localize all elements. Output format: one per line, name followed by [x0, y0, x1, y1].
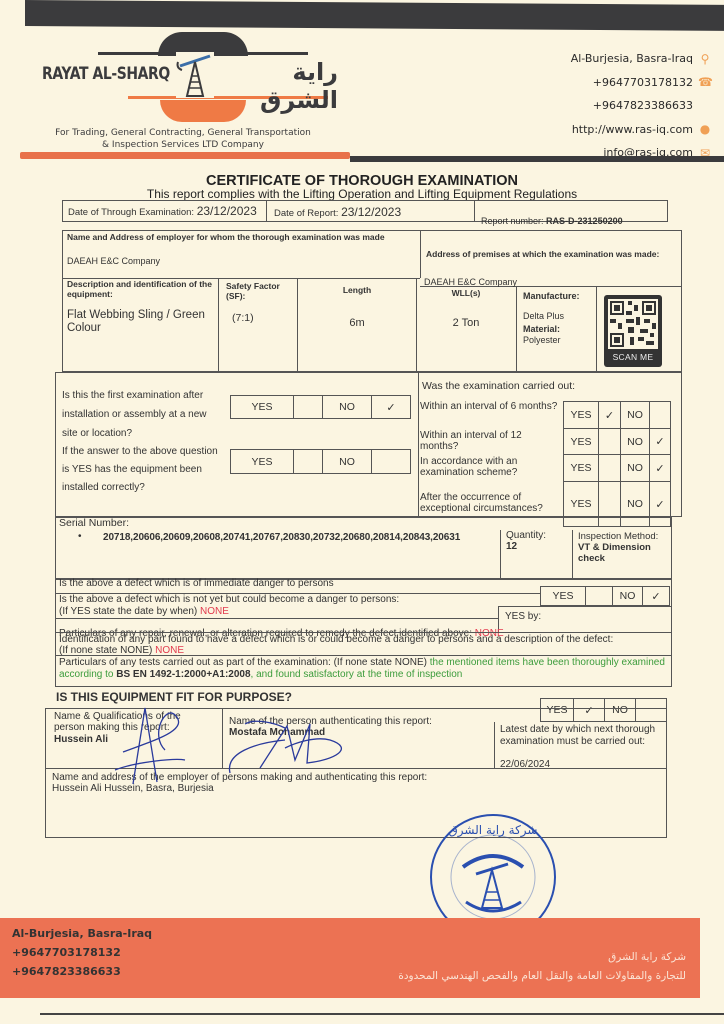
- exam-date-field: Date of Through Examination: 23/12/2023: [68, 206, 257, 218]
- divider: [55, 632, 672, 633]
- future-danger-note: (If YES state the date by when): [59, 606, 197, 617]
- divider: [418, 372, 419, 517]
- serial-numbers: 20718,20606,20609,20608,20741,20767,2083…: [103, 532, 460, 543]
- future-danger-answer: (If YES state the date by when) NONE: [59, 606, 229, 617]
- quantity-label: Quantity:: [506, 530, 546, 541]
- serial-label: Serial Number:: [59, 518, 129, 529]
- company-name-ar: راية الشرق: [224, 58, 338, 114]
- footer-bottom-line: [40, 1013, 724, 1015]
- length-label: Length: [297, 285, 417, 296]
- divider: [266, 200, 267, 222]
- interval-12-yes-checkbox[interactable]: [598, 428, 621, 455]
- future-danger-question: Is the above a defect which is not yet b…: [59, 594, 399, 605]
- employer-persons-label: Name and address of the employer of pers…: [52, 772, 427, 783]
- tests-result-1: the mentioned items have been thoroughly: [430, 657, 619, 668]
- installed-no-checkbox[interactable]: [371, 449, 411, 474]
- interval-6-question: Within an interval of 6 months?: [420, 401, 560, 412]
- divider: [474, 200, 475, 222]
- report-maker-label: Name & Qualifications of the person maki…: [54, 711, 204, 733]
- first-exam-yes-checkbox[interactable]: [293, 395, 323, 419]
- interval-12-yes-label: YES: [563, 428, 599, 455]
- premises-value: DAEAH E&C Company: [424, 277, 517, 288]
- interval-12-no-checkbox[interactable]: ✓: [649, 428, 671, 455]
- footer-address: Al-Burjesia, Basra-Iraq: [12, 924, 152, 943]
- report-number-label: Report number:: [481, 216, 544, 226]
- scheme-no-checkbox[interactable]: ✓: [649, 454, 671, 482]
- installed-yes-checkbox[interactable]: [293, 449, 323, 474]
- tagline-line-2: & Inspection Services LTD Company: [38, 139, 328, 151]
- contact-address-text: Al-Burjesia, Basra-Iraq: [571, 52, 693, 65]
- carried-out-label: Was the examination carried out:: [422, 381, 575, 392]
- manufacture-value: Delta Plus: [523, 311, 564, 322]
- footer-arabic-name: شركة راية الشرق للتجارة والمقاولات العام…: [398, 948, 686, 986]
- interval-12-no-label: NO: [620, 428, 650, 455]
- first-exam-yes-label: YES: [230, 395, 294, 419]
- employer-persons-value: Hussein Ali Hussein, Basra, Burjesia: [52, 783, 214, 794]
- installed-no-label: NO: [322, 449, 372, 474]
- divider: [516, 286, 517, 372]
- interval-6-yes-label: YES: [563, 401, 599, 429]
- scheme-yes-label: YES: [563, 454, 599, 482]
- safety-factor-value: (7:1): [232, 313, 254, 324]
- first-exam-no-checkbox[interactable]: ✓: [371, 395, 411, 419]
- employer-label: Name and Address of employer for whom th…: [67, 233, 407, 243]
- footer-contacts: Al-Burjesia, Basra-Iraq +9647703178132 +…: [12, 924, 152, 981]
- safety-factor-label: Safety Factor (SF):: [226, 282, 294, 301]
- divider: [55, 618, 498, 619]
- divider: [500, 530, 501, 579]
- footer-arabic-line-2: للتجارة والمقاولات العامة والنقل العام و…: [398, 967, 686, 986]
- certificate-subtitle: This report complies with the Lifting Op…: [0, 187, 724, 201]
- installed-yes-label: YES: [230, 449, 294, 474]
- future-danger-value: NONE: [200, 606, 229, 617]
- contact-phone-2: +9647823386633: [571, 94, 712, 118]
- tests-particulars: Particulars of any tests carried out as …: [59, 657, 669, 681]
- description-label: Description and identification of the eq…: [67, 280, 215, 299]
- company-tagline: For Trading, General Contracting, Genera…: [38, 127, 328, 151]
- qr-code-pattern: [608, 299, 658, 349]
- footer-arabic-line-1: شركة راية الشرق: [398, 948, 686, 967]
- length-value: 6m: [297, 318, 417, 329]
- divider: [596, 286, 597, 372]
- tests-result-3: , and found satisfactory at the time of …: [251, 669, 463, 680]
- tests-standard: BS EN 1492-1:2000+A1:2008: [116, 669, 250, 680]
- qr-code[interactable]: SCAN ME: [604, 295, 662, 367]
- manufacture-label: Manufacture:: [523, 291, 580, 302]
- header-orange-divider: [20, 152, 350, 159]
- exam-date-value: 23/12/2023: [197, 204, 257, 218]
- divider: [55, 655, 672, 656]
- contact-address: Al-Burjesia, Basra-Iraq ⚲: [571, 47, 712, 71]
- exceptional-question: After the occurrence of exceptional circ…: [420, 492, 560, 514]
- company-logo: RAYAT AL-SHARQ راية الشرق: [38, 30, 338, 120]
- interval-12-question: Within an interval of 12 months?: [420, 430, 560, 452]
- header-contacts: Al-Burjesia, Basra-Iraq ⚲ +9647703178132…: [571, 47, 712, 165]
- contact-website-link[interactable]: http://www.ras-iq.com: [572, 123, 693, 136]
- question-installed-correctly: If the answer to the above question is Y…: [62, 443, 222, 497]
- first-exam-no-label: NO: [322, 395, 372, 419]
- next-exam-label: Latest date by which next thorough exami…: [500, 724, 660, 748]
- material-label: Material:: [523, 324, 560, 335]
- contact-phone-2-text: +9647823386633: [593, 99, 693, 112]
- header-top-bar: [25, 0, 724, 31]
- exam-date-label: Date of Through Examination:: [68, 207, 194, 218]
- employer-value: DAEAH E&C Company: [67, 256, 160, 267]
- header-dark-divider: [350, 156, 724, 162]
- footer-phone-1: +9647703178132: [12, 943, 152, 962]
- divider: [218, 278, 219, 372]
- divider: [498, 606, 672, 607]
- qr-scan-label: SCAN ME: [608, 352, 658, 362]
- description-value: Flat Webbing Sling / Green Colour: [67, 309, 217, 335]
- next-exam-date: 22/06/2024: [500, 759, 550, 770]
- wll-value: 2 Ton: [416, 318, 516, 329]
- serial-bullet: •: [78, 531, 82, 542]
- immediate-no-label: NO: [612, 586, 643, 606]
- yes-by-label: YES by:: [505, 611, 541, 622]
- tests-label: Particulars of any tests carried out as …: [59, 657, 427, 668]
- divider: [45, 768, 667, 769]
- divider: [494, 722, 495, 768]
- qr-pattern-icon: [608, 299, 658, 349]
- stamp-arabic-text: شركة راية الشرق: [449, 823, 538, 838]
- inspection-method-value: VT & Dimension check: [578, 542, 666, 564]
- divider: [572, 530, 573, 579]
- interval-6-no-label: NO: [620, 401, 650, 429]
- immediate-yes-checkbox[interactable]: [585, 586, 613, 606]
- immediate-danger-question: Is the above a defect which is of immedi…: [59, 578, 334, 589]
- scheme-no-label: NO: [620, 454, 650, 482]
- report-date-field: Date of Report: 23/12/2023: [274, 207, 401, 219]
- certificate-page: RAYAT AL-SHARQ راية الشرق For Trading, G…: [0, 0, 724, 1024]
- location-pin-icon: ⚲: [698, 53, 712, 65]
- interval-6-yes-checkbox[interactable]: ✓: [598, 401, 621, 429]
- question-first-exam: Is this the first examination after inst…: [62, 386, 222, 443]
- authenticator-label: Name of the person authenticating this r…: [229, 716, 432, 727]
- authenticator-name: Mostafa Mohammad: [229, 727, 325, 738]
- immediate-no-checkbox[interactable]: ✓: [642, 586, 670, 606]
- quantity-value: 12: [506, 541, 517, 552]
- inspection-method-label: Inspection Method:: [578, 531, 658, 542]
- footer-band: Al-Burjesia, Basra-Iraq +9647703178132 +…: [0, 918, 700, 998]
- phone-icon: ☎: [698, 76, 712, 88]
- report-date-value: 23/12/2023: [341, 205, 401, 219]
- report-date-label: Date of Report:: [274, 208, 338, 219]
- scheme-question: In accordance with an examination scheme…: [420, 456, 560, 478]
- wll-label: WLL(s): [416, 288, 516, 299]
- report-maker-name: Hussein Ali: [54, 734, 108, 745]
- tagline-line-1: For Trading, General Contracting, Genera…: [38, 127, 328, 139]
- contact-website[interactable]: http://www.ras-iq.com ●: [571, 118, 712, 142]
- defect-identification-question: Identification of any part found to have…: [59, 634, 613, 645]
- premises-label: Address of premises at which the examina…: [426, 249, 676, 259]
- divider: [420, 230, 421, 278]
- material-value: Polyester: [523, 335, 561, 346]
- fit-for-purpose-question: IS THIS EQUIPMENT FIT FOR PURPOSE?: [56, 692, 292, 703]
- scheme-yes-checkbox[interactable]: [598, 454, 621, 482]
- company-name-en: RAYAT AL-SHARQ: [42, 64, 170, 84]
- contact-phone-1-text: +9647703178132: [593, 76, 693, 89]
- interval-6-no-checkbox[interactable]: [649, 401, 671, 429]
- report-number-value: RAS-D-231250200: [546, 216, 623, 226]
- footer-phone-2: +9647823386633: [12, 962, 152, 981]
- contact-phone-1: +9647703178132 ☎: [571, 71, 712, 95]
- oil-pump-icon: [176, 52, 214, 98]
- web-icon: ●: [698, 123, 712, 135]
- divider: [222, 708, 223, 768]
- immediate-yes-label: YES: [540, 586, 586, 606]
- report-number-field: Report number: RAS-D-231250200: [481, 216, 623, 227]
